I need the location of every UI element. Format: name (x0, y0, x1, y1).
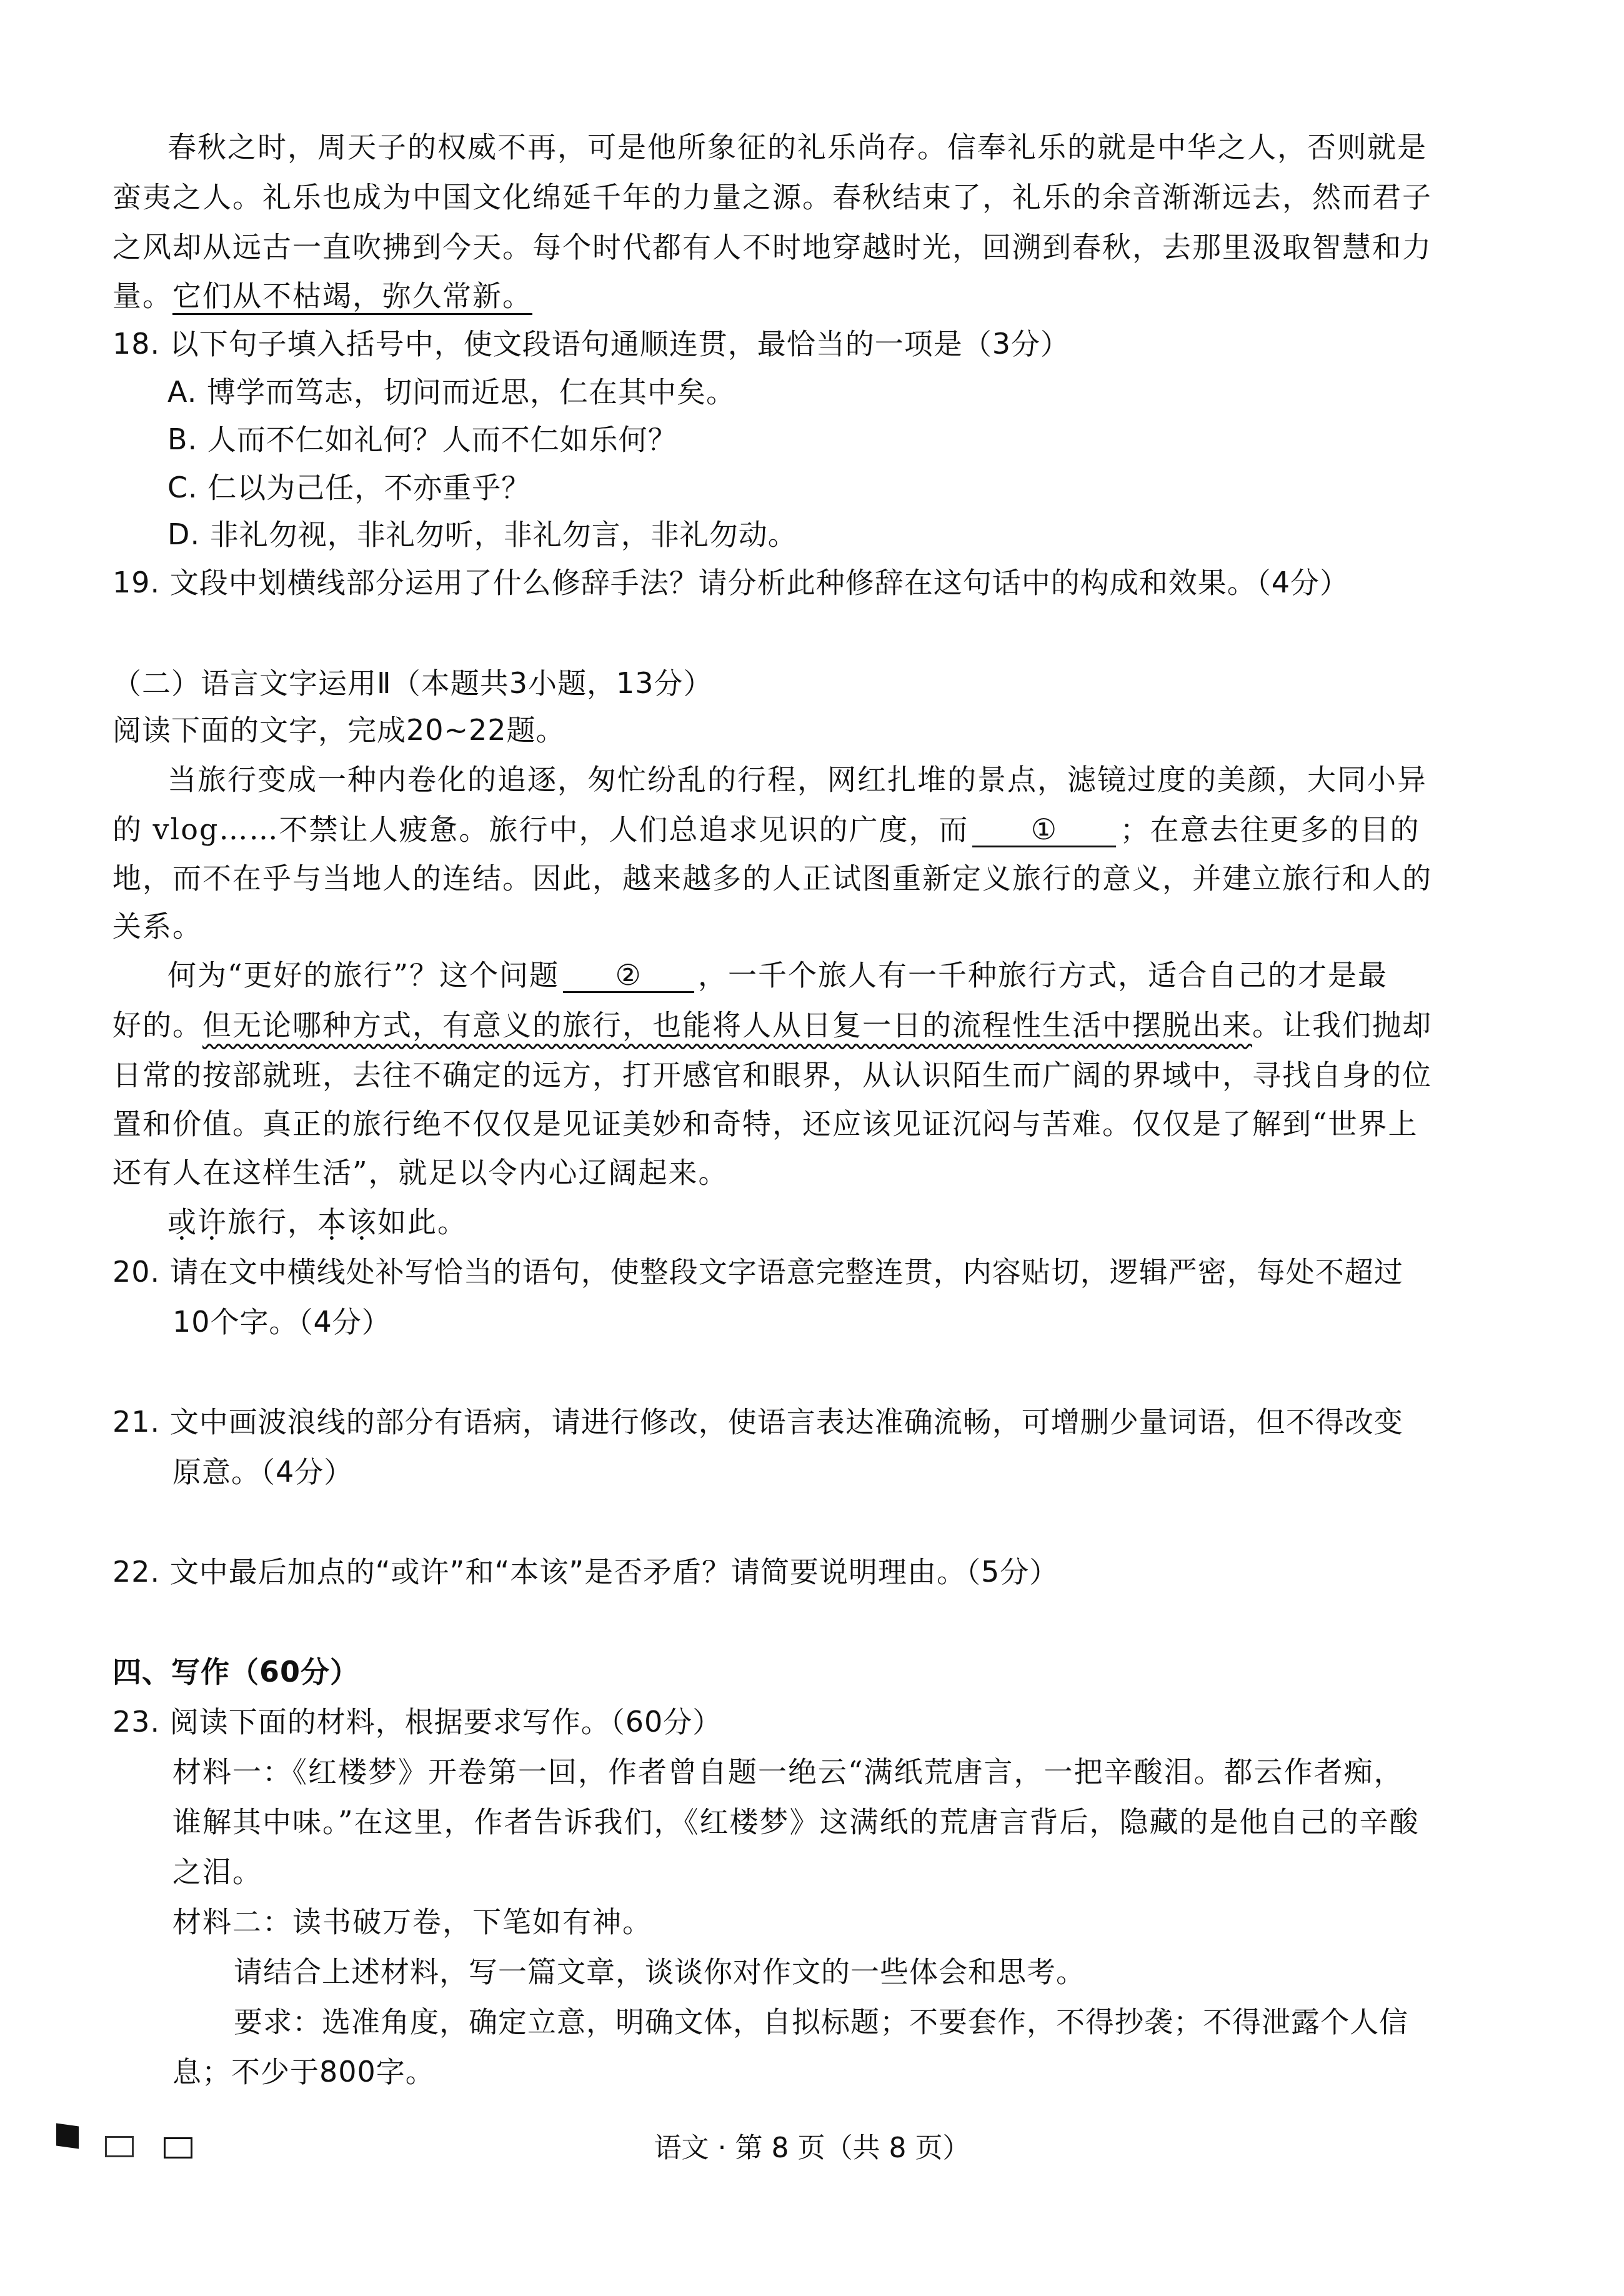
material-2-line: 材料二：读书破万卷，下笔如有神。 (172, 1903, 1585, 1940)
passage2-text: 好的。 (112, 1008, 202, 1042)
q18-option-d: D. 非礼勿视，非礼勿听，非礼勿言，非礼勿动。 (167, 516, 1580, 553)
passage2-line: 关系。 (112, 907, 1525, 945)
passage2-text: ；在意去往更多的目的 (1120, 812, 1420, 846)
section-2-title: （二）语言文字运用Ⅱ（本题共3小题，13分） (112, 664, 1525, 702)
question-23-stem: 23. 阅读下面的材料，根据要求写作。（60分） (112, 1703, 1525, 1740)
passage2-text: 。让我们抛却 (1252, 1008, 1432, 1042)
q18-option-c: C. 仁以为己任，不亦重乎？ (167, 469, 1580, 506)
section-4-title: 四、写作（60分） (112, 1653, 1525, 1690)
underlined-sentence: 它们从不枯竭，弥久常新。 (172, 279, 532, 312)
emphasis-dot-char: 许 (197, 1205, 227, 1239)
question-20-line2: 10个字。（4分） (172, 1303, 1585, 1340)
writing-requirements-line2: 息；不少于800字。 (172, 2053, 1585, 2090)
passage1-last-prefix: 量。 (112, 279, 172, 312)
writing-requirements-line1: 要求：选准角度，确定立意，明确文体，自拟标题；不要套作，不得抄袭；不得泄露个人信 (234, 2003, 1624, 2040)
wavy-underlined-sentence: 但无论哪种方式，有意义的旅行，也能将人从日复一日的流程性生活中摆脱出来 (202, 1008, 1252, 1042)
emphasis-dot-char: 该 (347, 1205, 377, 1239)
passage2-line: 好的。但无论哪种方式，有意义的旅行，也能将人从日复一日的流程性生活中摆脱出来。让… (112, 1006, 1525, 1044)
material-1-line: 谁解其中味。”在这里，作者告诉我们，《红楼梦》这满纸的荒唐言背后，隐藏的是他自己… (172, 1803, 1585, 1840)
page-footer: 语文 · 第 8 页（共 8 页） (0, 2131, 1624, 2166)
question-20-line1: 20. 请在文中横线处补写恰当的语句，使整段文字语意完整连贯，内容贴切，逻辑严密… (112, 1253, 1525, 1290)
passage2-text: 如此。 (377, 1205, 467, 1239)
passage2-line: 当旅行变成一种内卷化的追逐，匆忙纷乱的行程，网红扎堆的景点，滤镜过度的美颜，大同… (167, 761, 1580, 798)
passage2-line: 何为“更好的旅行”？这个问题②，一千个旅人有一千种旅行方式，适合自己的才是最 (167, 956, 1580, 994)
blank-1: ① (972, 813, 1116, 847)
section-2-instruction: 阅读下面的文字，完成20~22题。 (112, 711, 1525, 749)
q18-option-b: B. 人而不仁如礼何？人而不仁如乐何？ (167, 421, 1580, 458)
question-18-stem: 18. 以下句子填入括号中，使文段语句通顺连贯，最恰当的一项是（3分） (112, 325, 1525, 362)
passage1-line: 量。它们从不枯竭，弥久常新。 (112, 277, 1525, 314)
passage2-line: 地，而不在乎与当地人的连结。因此，越来越多的人正试图重新定义旅行的意义，并建立旅… (112, 859, 1525, 897)
passage2-text: ，一千个旅人有一千种旅行方式，适合自己的才是最 (698, 958, 1388, 992)
question-21-line2: 原意。（4分） (172, 1453, 1585, 1490)
blank-2: ② (563, 959, 694, 993)
question-21-line1: 21. 文中画波浪线的部分有语病，请进行修改，使语言表达准确流畅，可增删少量词语… (112, 1403, 1525, 1440)
passage2-closing-line: 或许旅行，本该如此。 (167, 1203, 1580, 1240)
question-22-line1: 22. 文中最后加点的“或许”和“本该”是否矛盾？请简要说明理由。（5分） (112, 1553, 1525, 1590)
passage1-line: 蛮夷之人。礼乐也成为中国文化绵延千年的力量之源。春秋结束了，礼乐的余音渐渐远去，… (112, 178, 1525, 216)
writing-prompt: 请结合上述材料，写一篇文章，谈谈你对作文的一些体会和思考。 (234, 1953, 1624, 1990)
emphasis-dot-char: 或 (167, 1205, 197, 1239)
passage2-text: 旅行， (227, 1205, 317, 1239)
passage1-line: 春秋之时，周天子的权威不再，可是他所象征的礼乐尚存。信奉礼乐的就是中华之人，否则… (167, 128, 1580, 166)
passage1-line: 之风却从远古一直吹拂到今天。每个时代都有人不时地穿越时光，回溯到春秋，去那里汲取… (112, 228, 1525, 266)
passage2-line: 置和价值。真正的旅行绝不仅仅是见证美妙和奇特，还应该见证沉闷与苦难。仅仅是了解到… (112, 1105, 1525, 1142)
material-1-line: 之泪。 (172, 1853, 1585, 1890)
passage2-line: 还有人在这样生活”，就足以令内心辽阔起来。 (112, 1154, 1525, 1191)
question-19-stem: 19. 文段中划横线部分运用了什么修辞手法？请分析此种修辞在这句话中的构成和效果… (112, 564, 1525, 601)
material-1-line: 材料一：《红楼梦》开卷第一回，作者曾自题一绝云“满纸荒唐言，一把辛酸泪。都云作者… (172, 1753, 1585, 1790)
passage2-line: 的 vlog……不禁让人疲惫。旅行中，人们总追求见识的广度，而①；在意去往更多的… (112, 811, 1525, 848)
passage2-text: 的 vlog……不禁让人疲惫。旅行中，人们总追求见识的广度，而 (112, 812, 969, 846)
passage2-line: 日常的按部就班，去往不确定的远方，打开感官和眼界，从认识陌生而广阔的界域中，寻找… (112, 1056, 1525, 1094)
passage2-text: 何为“更好的旅行”？这个问题 (167, 958, 559, 992)
emphasis-dot-char: 本 (317, 1205, 347, 1239)
q18-option-a: A. 博学而笃志，切问而近思，仁在其中矣。 (167, 373, 1580, 411)
exam-page: 春秋之时，周天子的权威不再，可是他所象征的礼乐尚存。信奉礼乐的就是中华之人，否则… (0, 0, 1624, 2296)
